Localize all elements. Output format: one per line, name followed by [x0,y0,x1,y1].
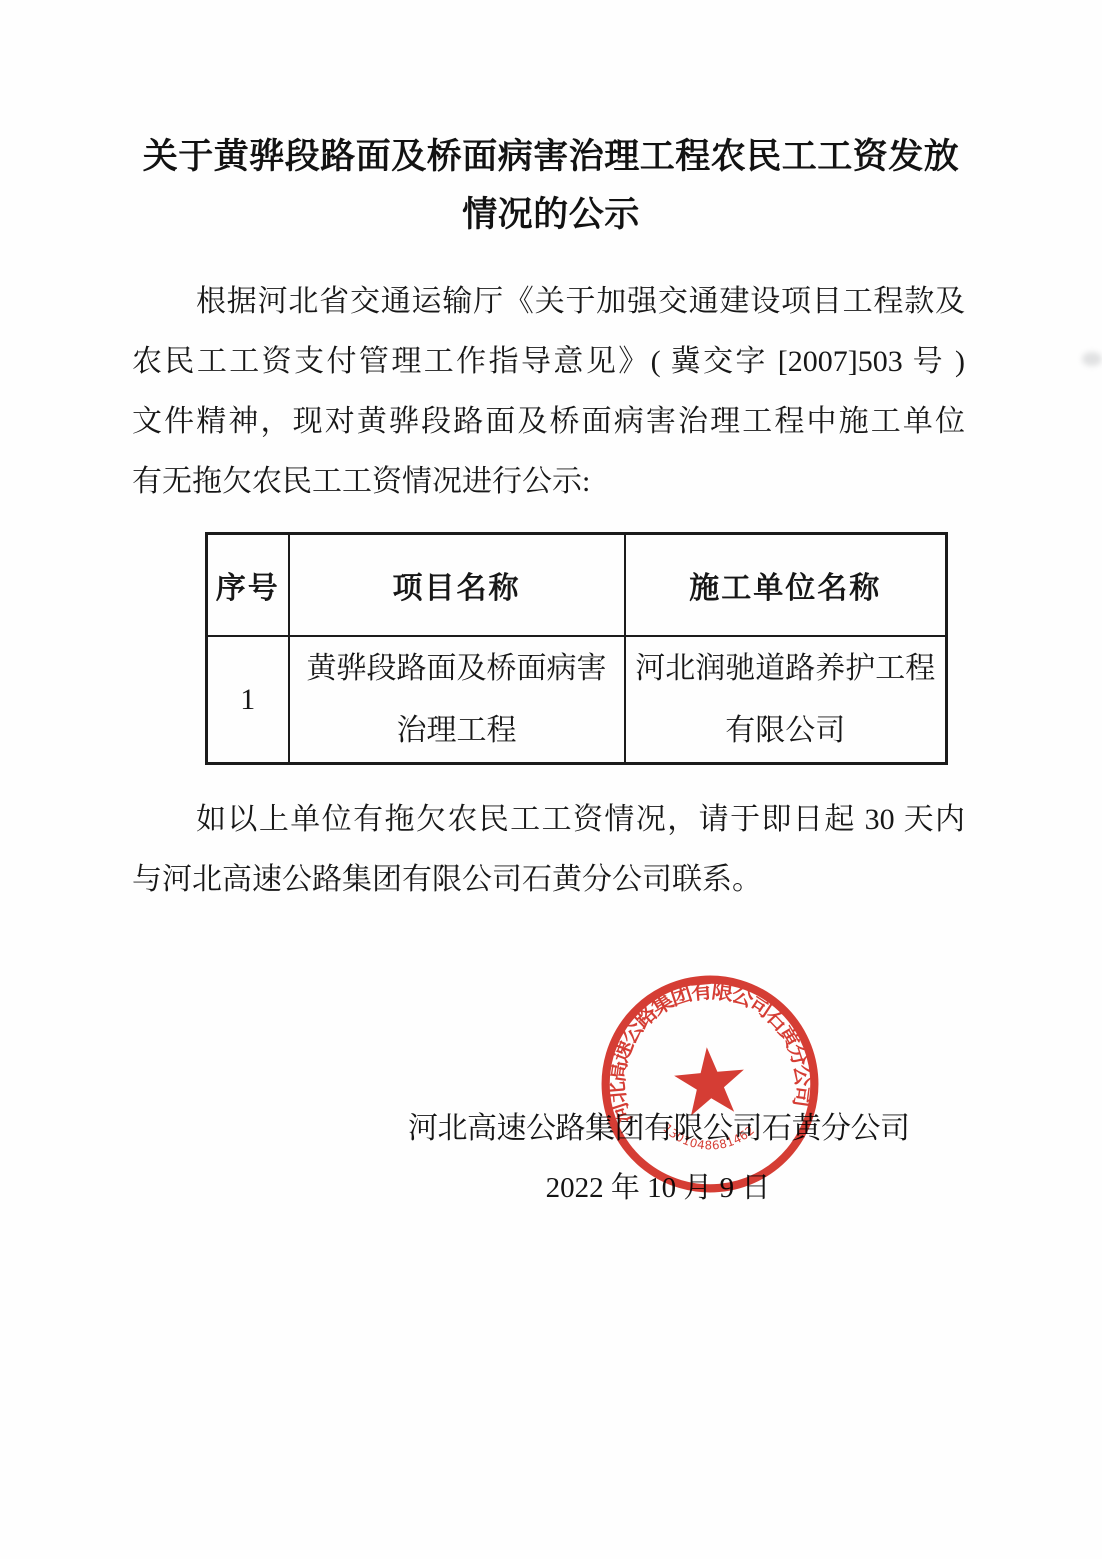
notice-line: 如以上单位有拖欠农民工工资情况，请于即日起 30 天内 [132,790,965,850]
header-contractor: 施工单位名称 [625,534,947,637]
document-title-line2: 情况的公示 [0,186,1102,244]
notice-paragraph: 如以上单位有拖欠农民工工资情况，请于即日起 30 天内 与河北高速公路集团有限公… [132,790,965,910]
intro-line: 根据河北省交通运输厅《关于加强交通建设项目工程款及 [132,272,965,332]
document-title-line1: 关于黄骅段路面及桥面病害治理工程农民工工资发放 [0,128,1102,186]
cell-contractor: 河北润驰道路养护工程有限公司 [625,636,947,764]
wage-publicity-table: 序号 项目名称 施工单位名称 1 黄骅段路面及桥面病害治理工程 河北润驰道路养护… [205,532,948,765]
intro-line: 文件精神，现对黄骅段路面及桥面病害治理工程中施工单位 [132,392,965,452]
intro-paragraph: 根据河北省交通运输厅《关于加强交通建设项目工程款及 农民工工资支付管理工作指导意… [132,272,965,512]
document-title: 关于黄骅段路面及桥面病害治理工程农民工工资发放 情况的公示 [0,128,1102,244]
table-row: 1 黄骅段路面及桥面病害治理工程 河北润驰道路养护工程有限公司 [207,636,947,764]
table-header-row: 序号 项目名称 施工单位名称 [207,534,947,637]
header-seq: 序号 [207,534,289,637]
cell-project: 黄骅段路面及桥面病害治理工程 [289,636,625,764]
notice-line: 与河北高速公路集团有限公司石黄分公司联系。 [132,850,965,910]
signature-company: 河北高速公路集团有限公司石黄分公司 [408,1108,908,1150]
seal-company-text: 河北高速公路集团有限公司石黄分公司 [595,969,818,1127]
header-project: 项目名称 [289,534,625,637]
intro-line: 有无拖欠农民工工资情况进行公示: [132,452,965,512]
scan-smudge [1082,352,1102,366]
signature-date: 2022 年 10 月 9 日 [408,1168,908,1208]
intro-line: 农民工工资支付管理工作指导意见》( 冀交字 [2007]503 号 ) [132,332,965,392]
signature-block: 河北高速公路集团有限公司石黄分公司 2022 年 10 月 9 日 [408,1108,908,1208]
seal-star-icon [672,1044,748,1116]
document-page: 关于黄骅段路面及桥面病害治理工程农民工工资发放 情况的公示 根据河北省交通运输厅… [0,0,1102,1559]
cell-seq: 1 [207,636,289,764]
